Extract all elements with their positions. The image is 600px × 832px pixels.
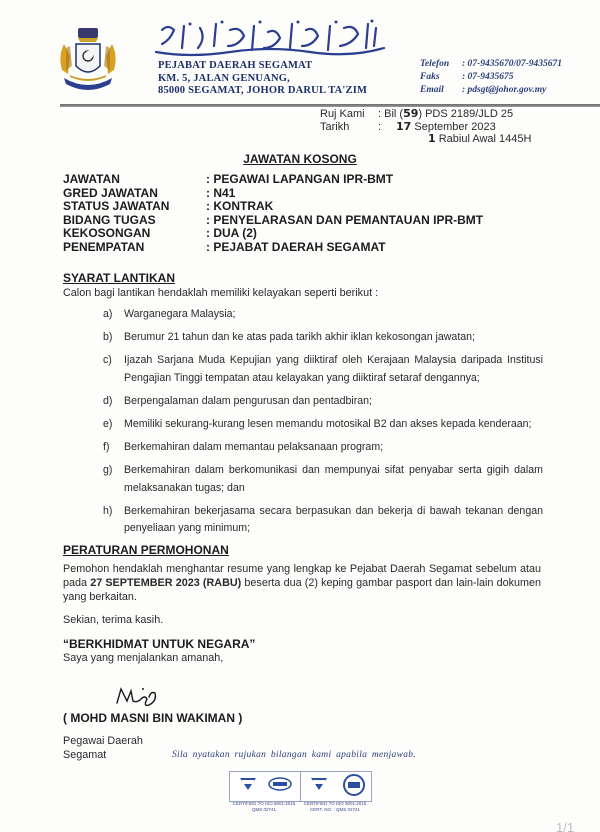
document-title: JAWATAN KOSONG — [0, 152, 600, 166]
list-item: h)Berkemahiran bekerjasama secara berpas… — [103, 503, 543, 538]
tarikh-label: Tarikh — [320, 121, 378, 134]
letter-page: PEJABAT DAERAH SEGAMAT KM. 5, JALAN GENU… — [0, 0, 600, 832]
item-text: Berpengalaman dalam pengurusan dan penta… — [124, 395, 372, 407]
syarat-intro: Calon bagi lantikan hendaklah memiliki k… — [63, 287, 378, 301]
ruj-number: 59 — [403, 107, 418, 120]
standards-badge-icon — [268, 776, 292, 792]
position-title: Pegawai Daerah — [63, 735, 143, 749]
email-value: : pdsgt@johor.gov.my — [462, 85, 546, 95]
field-status: STATUS JAWATAN: KONTRAK — [63, 200, 483, 214]
reference-block: Ruj Kami: Bil (59) PDS 2189/JLD 25 Tarik… — [320, 108, 531, 146]
field-jawatan: JAWATAN: PEGAWAI LAPANGAN IPR-BMT — [63, 173, 483, 187]
letterhead-divider — [60, 104, 600, 107]
list-item: c)Ijazah Sarjana Muda Kepujian yang diik… — [103, 352, 543, 387]
field-label: STATUS JAWATAN — [63, 200, 206, 214]
item-text: Berkemahiran dalam memantau pelaksanaan … — [124, 441, 383, 453]
quality-system-badge-icon — [309, 776, 329, 792]
signature — [113, 683, 163, 709]
requirements-list: a)Warganegara Malaysia; b)Berumur 21 tah… — [103, 306, 543, 544]
field-penempatan: PENEMPATAN: PEJABAT DAERAH SEGAMAT — [63, 241, 483, 255]
list-item: a)Warganegara Malaysia; — [103, 306, 543, 324]
field-label: PENEMPATAN — [63, 241, 206, 255]
item-marker: g) — [103, 462, 112, 480]
org-address-line-2: 85000 SEGAMAT, JOHOR DARUL TA'ZIM — [158, 85, 367, 98]
iso-certification-logo-2 — [300, 771, 372, 802]
item-marker: b) — [103, 329, 112, 347]
deadline: 27 SEPTEMBER 2023 (RABU) — [90, 577, 241, 589]
fax-value: : 07-9435675 — [462, 72, 513, 82]
item-marker: c) — [103, 352, 112, 370]
item-text: Memiliki sekurang-kurang lesen memandu m… — [124, 418, 532, 430]
hijri-day: 1 — [428, 132, 436, 145]
field-value: : PEJABAT DAERAH SEGAMAT — [206, 240, 386, 254]
email-label: Email — [420, 84, 462, 97]
tarikh-colon: : — [378, 121, 396, 134]
fax-label: Faks — [420, 71, 462, 84]
contact-block: Telefon: 07-9435670/07-9435671 Faks: 07-… — [420, 58, 562, 97]
item-text: Ijazah Sarjana Muda Kepujian yang diikti… — [124, 354, 543, 384]
org-name: PEJABAT DAERAH SEGAMAT — [158, 60, 367, 73]
jawi-calligraphy-logo — [150, 18, 390, 60]
item-marker: a) — [103, 306, 112, 324]
date-month-year: September 2023 — [414, 121, 495, 133]
field-gred: GRED JAWATAN: N41 — [63, 187, 483, 201]
application-instructions: Pemohon hendaklah menghantar resume yang… — [63, 562, 541, 604]
org-address-line-1: KM. 5, JALAN GENUANG, — [158, 73, 367, 86]
cert-line: QMS 02741 — [227, 807, 301, 813]
field-value: : PEGAWAI LAPANGAN IPR-BMT — [206, 172, 393, 186]
phone-value: : 07-9435670/07-9435671 — [462, 59, 562, 69]
item-marker: f) — [103, 439, 109, 457]
item-marker: d) — [103, 393, 112, 411]
cert-caption-2: CERTIFIED TO ISO 9001:2015 CERT. NO. : Q… — [298, 801, 372, 813]
item-marker: h) — [103, 503, 112, 521]
ruj-prefix: : Bil ( — [378, 108, 403, 120]
reference-note: Sila nyatakan rujukan bilangan kami apab… — [172, 750, 416, 760]
signatory-name: ( MOHD MASNI BIN WAKIMAN ) — [63, 711, 242, 725]
field-value: : PENYELARASAN DAN PEMANTAUAN IPR-BMT — [206, 213, 483, 227]
peraturan-heading: PERATURAN PERMOHONAN — [63, 543, 229, 557]
syarat-heading: SYARAT LANTIKAN — [63, 271, 175, 285]
iqnet-badge-icon — [343, 774, 365, 796]
motto: “BERKHIDMAT UNTUK NEGARA” — [63, 637, 255, 651]
field-value: : N41 — [206, 186, 235, 200]
vacancy-details: JAWATAN: PEGAWAI LAPANGAN IPR-BMT GRED J… — [63, 173, 483, 255]
cert-caption-1: CERTIFIED TO ISO 9001:2015 QMS 02741 — [227, 801, 301, 813]
field-label: BIDANG TUGAS — [63, 214, 206, 228]
field-label: JAWATAN — [63, 173, 206, 187]
item-text: Berumur 21 tahun dan ke atas pada tarikh… — [124, 331, 475, 343]
item-text: Berkemahiran dalam berkomunikasi dan mem… — [124, 464, 543, 494]
ruj-label: Ruj Kami — [320, 108, 378, 121]
list-item: d)Berpengalaman dalam pengurusan dan pen… — [103, 393, 543, 411]
list-item: g)Berkemahiran dalam berkomunikasi dan m… — [103, 462, 543, 497]
johor-state-crest-icon — [56, 26, 120, 96]
list-item: f)Berkemahiran dalam memantau pelaksanaa… — [103, 439, 543, 457]
signatory-position: Pegawai Daerah Segamat — [63, 735, 143, 762]
field-bidang: BIDANG TUGAS: PENYELARASAN DAN PEMANTAUA… — [63, 214, 483, 228]
item-text: Berkemahiran bekerjasama secara berpasuk… — [124, 505, 543, 535]
list-item: b)Berumur 21 tahun dan ke atas pada tari… — [103, 329, 543, 347]
phone-label: Telefon — [420, 58, 462, 71]
field-label: KEKOSONGAN — [63, 227, 206, 241]
hijri-date: Rabiul Awal 1445H — [439, 133, 532, 145]
cert-line: CERT. NO. : QMS 02741 — [298, 807, 372, 813]
list-item: e)Memiliki sekurang-kurang lesen memandu… — [103, 416, 543, 434]
field-value: : DUA (2) — [206, 226, 257, 240]
ruj-suffix: ) PDS 2189/JLD 25 — [418, 108, 513, 120]
item-marker: e) — [103, 416, 112, 434]
field-kekosongan: KEKOSONGAN: DUA (2) — [63, 227, 483, 241]
page-indicator: 1/1 — [556, 820, 574, 832]
item-text: Warganegara Malaysia; — [124, 308, 235, 320]
quality-system-badge-icon — [238, 776, 258, 792]
position-location: Segamat — [63, 749, 143, 763]
date-day: 17 — [396, 120, 411, 133]
organization-address: PEJABAT DAERAH SEGAMAT KM. 5, JALAN GENU… — [158, 60, 367, 98]
iso-certification-logo-1 — [229, 771, 301, 802]
closing-sekian: Sekian, terima kasih. — [63, 614, 163, 628]
closing-amanah: Saya yang menjalankan amanah, — [63, 652, 223, 666]
field-value: : KONTRAK — [206, 199, 273, 213]
field-label: GRED JAWATAN — [63, 187, 206, 201]
